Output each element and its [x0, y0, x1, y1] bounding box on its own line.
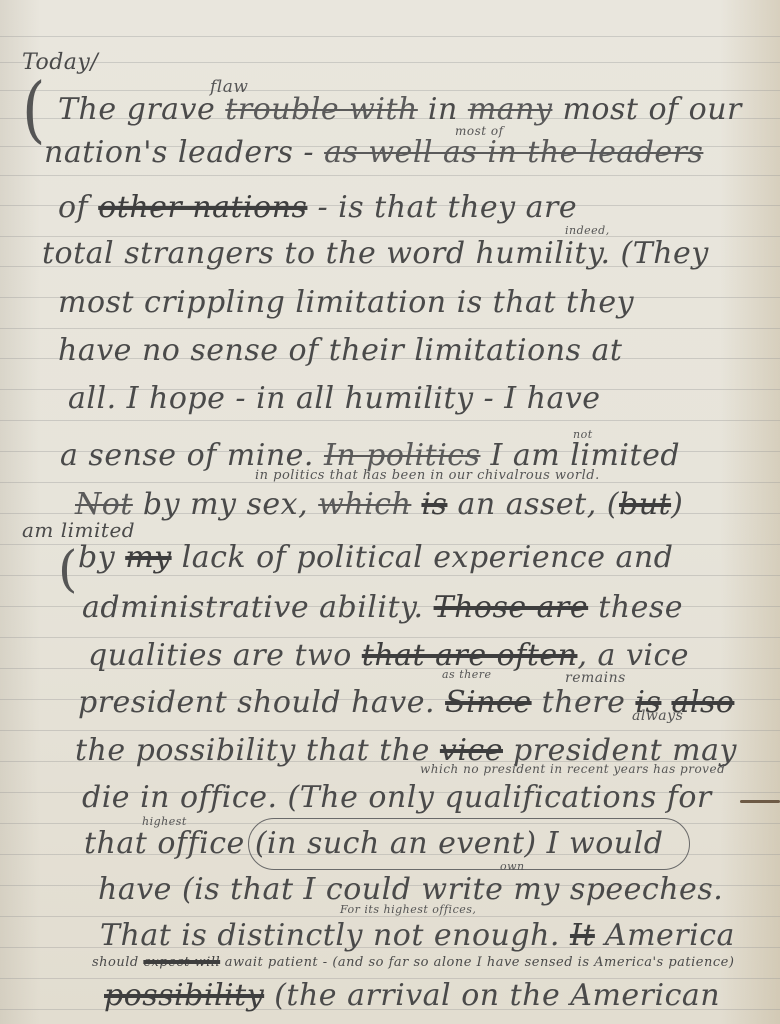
- struck-text: trouble with: [225, 92, 418, 127]
- text: die in office. (The only qualifications …: [82, 780, 712, 815]
- circled-text: (in such an event): [255, 826, 537, 861]
- text: the possibility that the: [75, 733, 440, 768]
- struck-text: It: [570, 918, 595, 953]
- ruled-line: [0, 730, 780, 731]
- ruled-line: [0, 575, 780, 576]
- ruled-line: [0, 175, 780, 176]
- manuscript-page: Today/ ( flaw The grave trouble with in …: [0, 0, 780, 1024]
- text: by: [78, 540, 125, 575]
- ruled-line: [0, 420, 780, 421]
- text: president should have.: [78, 685, 445, 720]
- text: most crippling limitation is that they: [58, 285, 634, 320]
- text: - is that they are: [307, 190, 577, 225]
- manuscript-line-7: all. I hope - in all humility - I have: [68, 381, 601, 416]
- text: in: [418, 92, 468, 127]
- manuscript-line-11: administrative ability. Those are these: [82, 590, 683, 625]
- edge-stain: [740, 800, 780, 803]
- manuscript-line-20: possibility (the arrival on the American: [104, 978, 720, 1013]
- ruled-line: [0, 328, 780, 329]
- text: [411, 487, 421, 522]
- manuscript-line-15: die in office. (The only qualifications …: [82, 780, 712, 815]
- insertion: as there: [442, 668, 491, 681]
- text: by my sex,: [133, 487, 318, 522]
- struck-text: Not: [75, 487, 133, 522]
- struck-text: other nations: [98, 190, 307, 225]
- manuscript-line-9: Not by my sex, which is an asset, (but): [75, 487, 683, 522]
- text: all. I hope - in all humility - I have: [68, 381, 601, 416]
- manuscript-line-1: The grave trouble with in many most of o…: [58, 92, 742, 127]
- text: The grave: [58, 92, 225, 127]
- manuscript-line-17: have (is that I could write my speeches.: [98, 872, 723, 907]
- text: qualities are two: [88, 638, 362, 673]
- text: administrative ability.: [82, 590, 434, 625]
- manuscript-line-19: should expect will await patient - (and …: [92, 955, 734, 970]
- struck-text: Since: [445, 685, 532, 720]
- text: , a vice: [577, 638, 689, 673]
- manuscript-line-10: by my lack of political experience and: [78, 540, 673, 575]
- manuscript-line-5: most crippling limitation is that they: [58, 285, 634, 320]
- text: these: [588, 590, 683, 625]
- manuscript-line-6: have no sense of their limitations at: [58, 333, 622, 368]
- struck-text: as well as in the leaders: [324, 135, 703, 170]
- struck-text: many: [468, 92, 553, 127]
- text: have (is that I could write my speeches.: [98, 872, 723, 907]
- text: America: [595, 918, 735, 953]
- manuscript-line-4: total strangers to the word humility. (T…: [42, 236, 709, 271]
- manuscript-line-16: that office (in such an event) I would: [84, 826, 663, 861]
- text: I would: [537, 826, 664, 861]
- text: total strangers to the word humility. (T…: [42, 236, 709, 271]
- insertion: always: [632, 708, 683, 724]
- ruled-line: [0, 90, 780, 91]
- manuscript-line-2: nation's leaders - as well as in the lea…: [44, 135, 703, 170]
- ruled-line: [0, 62, 780, 63]
- insertion: in politics that has been in our chivalr…: [255, 468, 600, 483]
- insertion: which no president in recent years has p…: [420, 762, 725, 776]
- text: lack of political experience and: [172, 540, 674, 575]
- text: of: [58, 190, 98, 225]
- text: nation's leaders -: [44, 135, 324, 170]
- ruled-line: [0, 36, 780, 37]
- text: most of our: [552, 92, 741, 127]
- text: have no sense of their limitations at: [58, 333, 622, 368]
- bracket-mark: (: [22, 68, 45, 152]
- struck-text: expect will: [143, 955, 220, 970]
- manuscript-line-3: of other nations - is that they are: [58, 190, 577, 225]
- text: That is distinctly not enough.: [100, 918, 570, 953]
- text: an asset, (: [447, 487, 619, 522]
- margin-insertion: am limited: [22, 518, 135, 542]
- ruled-line: [0, 916, 780, 917]
- struck-text: but: [619, 487, 671, 522]
- manuscript-line-18: That is distinctly not enough. It Americ…: [100, 918, 735, 953]
- struck-text: Those are: [434, 590, 589, 625]
- struck-text: my: [125, 540, 171, 575]
- insertion: remains: [565, 670, 626, 686]
- manuscript-line-12: qualities are two that are often, a vice: [88, 638, 689, 673]
- text: that office: [84, 826, 255, 861]
- text: should: [92, 955, 143, 970]
- struck-text: which: [318, 487, 411, 522]
- bracket-mark: (: [58, 540, 78, 598]
- text: await patient - (and so far so alone I h…: [220, 955, 734, 970]
- text: ): [671, 487, 683, 522]
- struck-text: possibility: [104, 978, 264, 1013]
- text: there: [532, 685, 636, 720]
- insertion: For its highest offices,: [340, 903, 476, 916]
- text: (the arrival on the American: [264, 978, 720, 1013]
- struck-text: is: [421, 487, 447, 522]
